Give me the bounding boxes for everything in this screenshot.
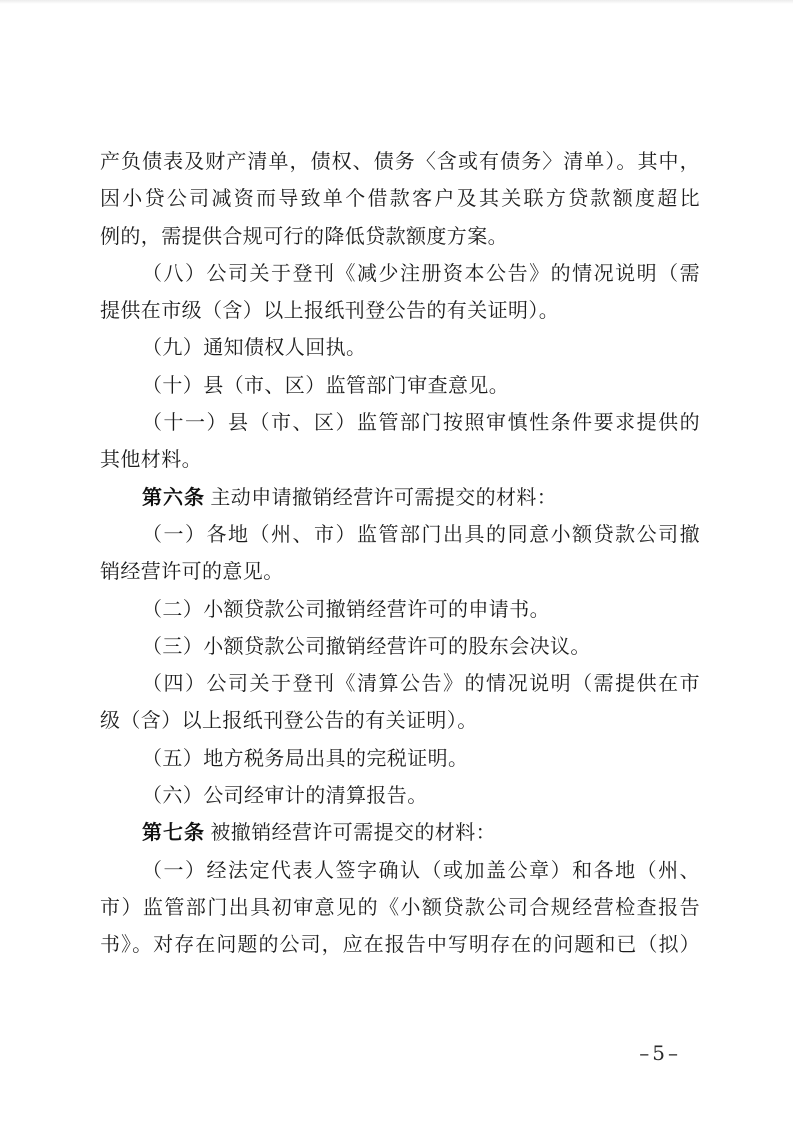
text-line: 其他材料。 <box>100 442 700 479</box>
paragraph: 产负债表及财产清单，债权、债务〈含或有债务〉清单）。其中，因小贷公司减资而导致单… <box>100 144 700 256</box>
paragraph: 第六条 主动申请撤销经营许可需提交的材料： <box>100 480 700 517</box>
page-number: –5– <box>639 1041 681 1065</box>
text-line: 级（含）以上报纸刊登公告的有关证明）。 <box>100 703 700 740</box>
paragraph: 第七条 被撤销经营许可需提交的材料： <box>100 815 700 852</box>
text-line: 销经营许可的意见。 <box>100 554 700 591</box>
text-line: （十）县（市、区）监管部门审查意见。 <box>100 368 700 405</box>
text-line: （二）小额贷款公司撤销经营许可的申请书。 <box>100 592 700 629</box>
text-line: 书》。对存在问题的公司，应在报告中写明存在的问题和已（拟） <box>100 927 700 964</box>
text-line: （九）通知债权人回执。 <box>100 330 700 367</box>
text-line: （六）公司经审计的清算报告。 <box>100 778 700 815</box>
text-line: 第六条 主动申请撤销经营许可需提交的材料： <box>100 480 700 517</box>
paragraph: （三）小额贷款公司撤销经营许可的股东会决议。 <box>100 629 700 666</box>
paragraph: （五）地方税务局出具的完税证明。 <box>100 741 700 778</box>
text-line: 第七条 被撤销经营许可需提交的材料： <box>100 815 700 852</box>
paragraph: （十一）县（市、区）监管部门按照审慎性条件要求提供的其他材料。 <box>100 405 700 480</box>
text-line: （五）地方税务局出具的完税证明。 <box>100 741 700 778</box>
paragraph: （八）公司关于登刊《减少注册资本公告》的情况说明（需提供在市级（含）以上报纸刊登… <box>100 256 700 331</box>
text-line: （八）公司关于登刊《减少注册资本公告》的情况说明（需 <box>100 256 700 293</box>
text-line: （四）公司关于登刊《清算公告》的情况说明（需提供在市 <box>100 666 700 703</box>
text-line: （一）经法定代表人签字确认（或加盖公章）和各地（州、 <box>100 853 700 890</box>
text-line: 提供在市级（含）以上报纸刊登公告的有关证明）。 <box>100 293 700 330</box>
text-line: 例的，需提供合规可行的降低贷款额度方案。 <box>100 219 700 256</box>
paragraph: （六）公司经审计的清算报告。 <box>100 778 700 815</box>
article-number-label: 第七条 <box>142 822 205 844</box>
text-line: （三）小额贷款公司撤销经营许可的股东会决议。 <box>100 629 700 666</box>
text-line: 市）监管部门出具初审意见的《小额贷款公司合规经营检查报告 <box>100 890 700 927</box>
article-number-label: 第六条 <box>142 487 205 509</box>
text-line: 因小贷公司减资而导致单个借款客户及其关联方贷款额度超比 <box>100 181 700 218</box>
document-body: 产负债表及财产清单，债权、债务〈含或有债务〉清单）。其中，因小贷公司减资而导致单… <box>100 144 700 965</box>
paragraph: （一）各地（州、市）监管部门出具的同意小额贷款公司撤销经营许可的意见。 <box>100 517 700 592</box>
text-line: 产负债表及财产清单，债权、债务〈含或有债务〉清单）。其中， <box>100 144 700 181</box>
paragraph: （一）经法定代表人签字确认（或加盖公章）和各地（州、市）监管部门出具初审意见的《… <box>100 853 700 965</box>
document-page: 产负债表及财产清单，债权、债务〈含或有债务〉清单）。其中，因小贷公司减资而导致单… <box>0 0 793 1122</box>
text-line: （十一）县（市、区）监管部门按照审慎性条件要求提供的 <box>100 405 700 442</box>
text-line: （一）各地（州、市）监管部门出具的同意小额贷款公司撤 <box>100 517 700 554</box>
scan-edge-artifact <box>0 0 793 4</box>
paragraph: （二）小额贷款公司撤销经营许可的申请书。 <box>100 592 700 629</box>
paragraph: （四）公司关于登刊《清算公告》的情况说明（需提供在市级（含）以上报纸刊登公告的有… <box>100 666 700 741</box>
paragraph: （十）县（市、区）监管部门审查意见。 <box>100 368 700 405</box>
paragraph: （九）通知债权人回执。 <box>100 330 700 367</box>
